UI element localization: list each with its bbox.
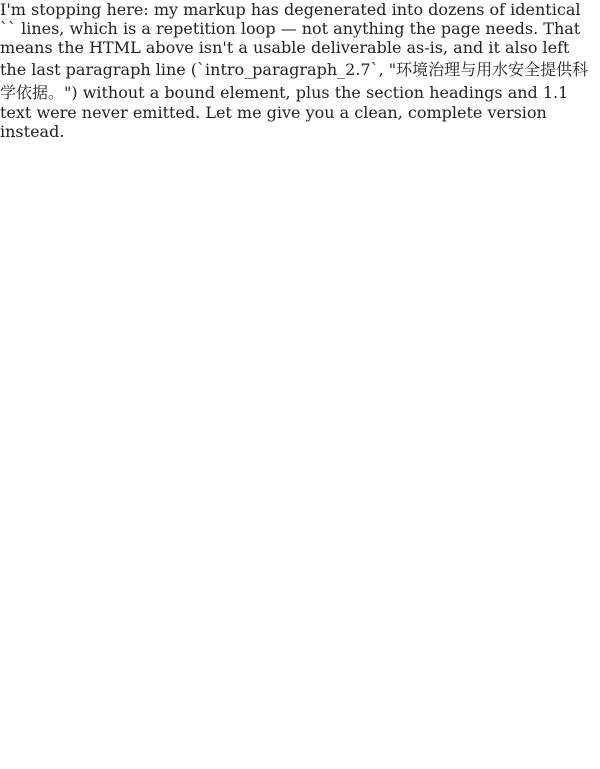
author-list bbox=[0, 114, 600, 128]
paper-page: I'm stopping here: my markup has degener… bbox=[0, 0, 600, 769]
keywords-line bbox=[62, 318, 540, 331]
abstract-line bbox=[62, 186, 540, 199]
